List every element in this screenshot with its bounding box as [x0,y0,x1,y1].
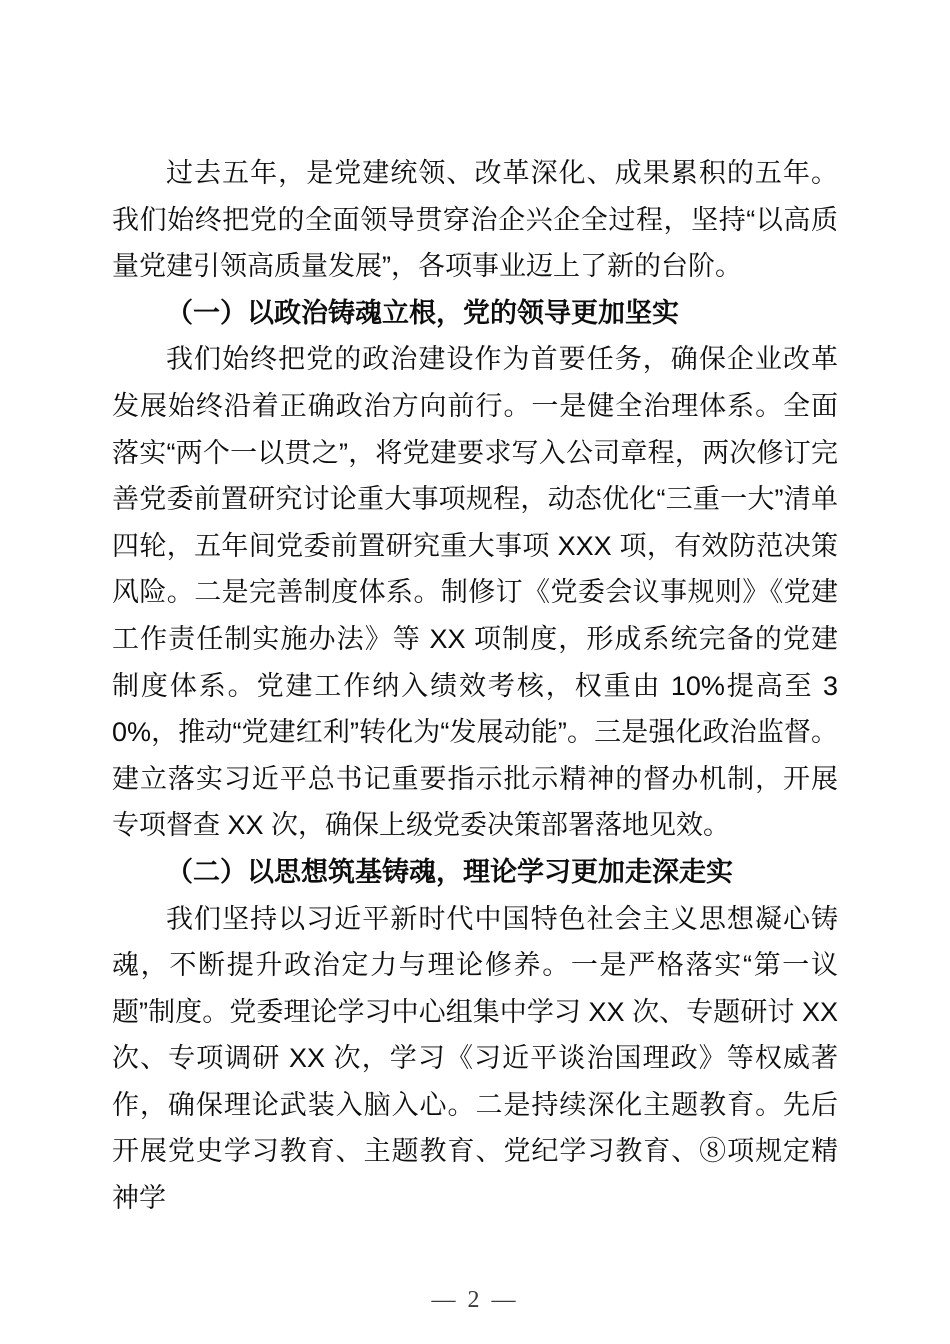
paragraph-intro: 过去五年，是党建统领、改革深化、成果累积的五年。我们始终把党的全面领导贯穿治企兴… [112,150,838,290]
section-heading-1: （一）以政治铸魂立根，党的领导更加坚实 [112,290,838,337]
document-body: 过去五年，是党建统领、改革深化、成果累积的五年。我们始终把党的全面领导贯穿治企兴… [112,150,838,1222]
section-heading-2: （二）以思想筑基铸魂，理论学习更加走深走实 [112,849,838,896]
paragraph-section-2: 我们坚持以习近平新时代中国特色社会主义思想凝心铸魂，不断提升政治定力与理论修养。… [112,896,838,1222]
paragraph-section-1: 我们始终把党的政治建设作为首要任务，确保企业改革发展始终沿着正确政治方向前行。一… [112,336,838,849]
page-number: — 2 — [0,1284,950,1316]
document-page: 过去五年，是党建统领、改革深化、成果累积的五年。我们始终把党的全面领导贯穿治企兴… [0,0,950,1344]
